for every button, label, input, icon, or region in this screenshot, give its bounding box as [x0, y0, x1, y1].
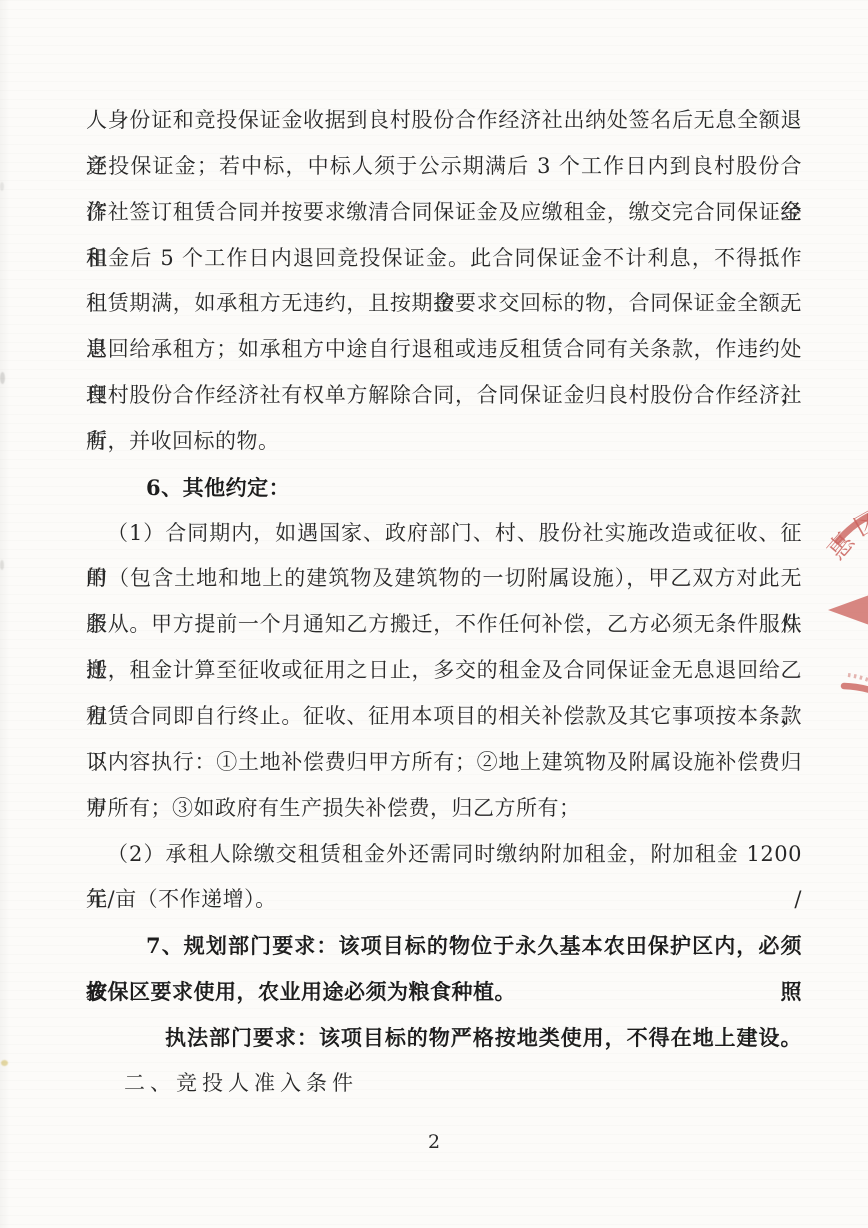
scan-artifact: [0, 372, 5, 384]
document-line: 下内容执行：①土地补偿费归甲方所有；②地上建筑物及附属设施补偿费归甲: [86, 740, 802, 786]
seal-ring-top: [838, 507, 868, 541]
document-line: 的（包含土地和地上的建筑物及建筑物的一切附属设施），甲乙双方对此无条件: [86, 556, 802, 602]
document-text: 人身份证和竞投保证金收据到良村股份合作经济社出纳处签名后无息全额退还 竞投保证金…: [86, 98, 802, 1107]
document-line: 租赁期满，如承租方无违约，且按期按要求交回标的物，合同保证金全额无息: [86, 281, 802, 327]
scan-artifact: [0, 560, 4, 570]
section-heading-6: 6、其他约定：: [86, 465, 802, 511]
page-number: 2: [0, 1131, 868, 1153]
section-heading-7: 7、规划部门要求：该项目标的物位于永久基本农田保护区内，必须按照: [86, 923, 802, 969]
document-page: 人身份证和竞投保证金收据到良村股份合作经济社出纳处签名后无息全额退还 竞投保证金…: [0, 0, 868, 1228]
seal-ring-bottom: [844, 686, 868, 717]
document-line: 有，并收回标的物。: [86, 419, 802, 465]
document-line: 竞投保证金；若中标，中标人须于公示期满后 3 个工作日内到良村股份合作经: [86, 144, 802, 190]
scan-artifact: [1, 1060, 8, 1066]
document-line: 济社签订租赁合同并按要求缴清合同保证金及应缴租金，缴交完合同保证金和: [86, 190, 802, 236]
document-line: 迁，租金计算至征收或征用之日止，多交的租金及合同保证金无息退回给乙方，: [86, 648, 802, 694]
document-line: （1）合同期内，如遇国家、政府部门、村、股份社实施改造或征收、征用: [86, 511, 802, 557]
seal-microtext: [848, 675, 868, 706]
document-line: 方所有；③如政府有生产损失补偿费，归乙方所有；: [86, 786, 802, 832]
seal-arc-text: 惠区: [822, 501, 868, 565]
document-line: 良村股份合作经济社有权单方解除合同，合同保证金归良村股份合作经济社所: [86, 373, 802, 419]
document-line: （2）承租人除缴交租赁租金外还需同时缴纳附加租金，附加租金 1200 元/: [86, 832, 802, 878]
document-line: 执法部门要求：该项目标的物严格按地类使用，不得在地上建设。: [86, 1015, 802, 1061]
document-line: 租赁合同即自行终止。征收、征用本项目的相关补偿款及其它事项按本条款以: [86, 694, 802, 740]
document-line: 租金后 5 个工作日内退回竞投保证金。此合同保证金不计利息，不得抵作租金。: [86, 236, 802, 282]
star-icon: [828, 523, 868, 698]
scan-artifact: [0, 182, 4, 191]
document-line: 人身份证和竞投保证金收据到良村股份合作经济社出纳处签名后无息全额退还: [86, 98, 802, 144]
section-heading-2: 二、竞投人准入条件: [86, 1061, 802, 1107]
document-line: 服从。甲方提前一个月通知乙方搬迁，不作任何补偿，乙方必须无条件服从搬: [86, 602, 802, 648]
document-line: 退回给承租方；如承租方中途自行退租或违反租赁合同有关条款，作违约处理，: [86, 327, 802, 373]
